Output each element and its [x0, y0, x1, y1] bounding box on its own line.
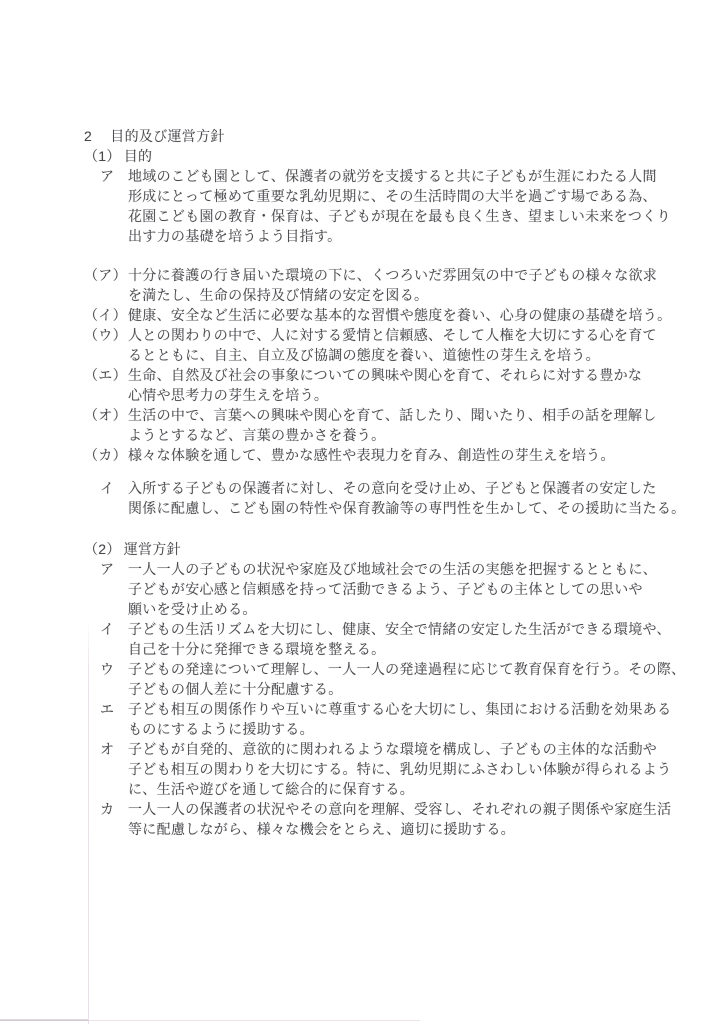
policy-item-list: ア 一人一人の子どもの状況や家庭及び地域社会での生活の実態を把握するとともに、 …	[84, 559, 714, 839]
item-text: 子ども相互の関係作りや互いに尊重する心を大切にし、集団における活動を効果ある も…	[128, 699, 710, 739]
goal-item: （オ） 生活の中で、言葉への興味や関心を育て、話したり、聞いたり、相手の話を理解…	[84, 405, 714, 445]
item-marker: ウ	[100, 659, 128, 679]
section-purpose-title: （1）目的	[84, 146, 714, 166]
goal-item: （イ） 健康、安全など生活に必要な基本的な習慣や態度を養い、心身の健康の基礎を培…	[84, 305, 714, 325]
policy-item: イ 子どもの生活リズムを大切にし、健康、安全で情緒の安定した生活ができる環境や、…	[84, 619, 714, 659]
goal-item: （ウ） 人との関わりの中で、人に対する愛情と信頼感、そして人権を大切にする心を育…	[84, 325, 714, 365]
scanned-document-page: 2 目的及び運営方針 （1）目的 ア 地域のこども園として、保護者の就労を支援す…	[0, 0, 725, 1024]
item-marker: （エ）	[84, 365, 128, 385]
goal-item: （ア） 十分に養護の行き届いた環境の下に、くつろいだ雰囲気の中で子どもの様々な欲…	[84, 265, 714, 305]
item-text: 子どもが自発的、意欲的に関われるような環境を構成し、子どもの主体的な活動や 子ど…	[128, 739, 710, 799]
item-text: 地域のこども園として、保護者の就労を支援すると共に子どもが生涯にわたる人間 形成…	[128, 166, 710, 246]
item-text: 一人一人の子どもの状況や家庭及び地域社会での生活の実態を把握するとともに、 子ど…	[128, 559, 710, 619]
item-marker: ア	[100, 559, 128, 579]
scan-crease-vertical	[88, 620, 89, 1024]
purpose-item-i: イ 入所する子どもの保護者に対し、その意向を受け止め、子どもと保護者の安定した …	[84, 478, 714, 518]
item-text: 子どもの生活リズムを大切にし、健康、安全で情緒の安定した生活ができる環境や、 自…	[128, 619, 710, 659]
policy-item: エ 子ども相互の関係作りや互いに尊重する心を大切にし、集団における活動を効果ある…	[84, 699, 714, 739]
goal-item: （カ） 様々な体験を通して、豊かな感性や表現力を育み、創造性の芽生えを培う。	[84, 445, 714, 465]
item-text: 健康、安全など生活に必要な基本的な習慣や態度を養い、心身の健康の基礎を培う。	[128, 305, 710, 325]
item-marker: （オ）	[84, 405, 128, 425]
section-purpose-label: （1）	[84, 148, 121, 164]
item-text: 一人一人の保護者の状況やその意向を理解、受容し、それぞれの親子関係や家庭生活 等…	[128, 799, 710, 839]
item-text: 生命、自然及び社会の事象についての興味や関心を育て、それらに対する豊かな 心情や…	[128, 365, 710, 405]
document-body: 2 目的及び運営方針 （1）目的 ア 地域のこども園として、保護者の就労を支援す…	[84, 126, 714, 839]
item-text: 子どもの発達について理解し、一人一人の発達過程に応じて教育保育を行う。その際、 …	[128, 659, 710, 699]
item-marker: カ	[100, 799, 128, 819]
item-text: 入所する子どもの保護者に対し、その意向を受け止め、子どもと保護者の安定した 関係…	[128, 478, 710, 518]
heading-title: 目的及び運営方針	[110, 126, 224, 146]
item-marker: オ	[100, 739, 128, 759]
purpose-goal-list: （ア） 十分に養護の行き届いた環境の下に、くつろいだ雰囲気の中で子どもの様々な欲…	[84, 265, 714, 465]
document-heading: 2 目的及び運営方針	[84, 126, 714, 146]
section-policy-label: （2）	[84, 541, 121, 557]
policy-item: ア 一人一人の子どもの状況や家庭及び地域社会での生活の実態を把握するとともに、 …	[84, 559, 714, 619]
item-text: 様々な体験を通して、豊かな感性や表現力を育み、創造性の芽生えを培う。	[128, 445, 710, 465]
item-marker: エ	[100, 699, 128, 719]
section-policy-title: （2）運営方針	[84, 539, 714, 559]
item-marker: （イ）	[84, 305, 128, 325]
goal-item: （エ） 生命、自然及び社会の事象についての興味や関心を育て、それらに対する豊かな…	[84, 365, 714, 405]
item-marker: （ア）	[84, 265, 128, 285]
policy-item: カ 一人一人の保護者の状況やその意向を理解、受容し、それぞれの親子関係や家庭生活…	[84, 799, 714, 839]
item-marker: イ	[100, 619, 128, 639]
item-marker: （ウ）	[84, 325, 128, 345]
item-marker: イ	[100, 478, 128, 498]
item-text: 十分に養護の行き届いた環境の下に、くつろいだ雰囲気の中で子どもの様々な欲求 を満…	[128, 265, 710, 305]
item-text: 人との関わりの中で、人に対する愛情と信頼感、そして人権を大切にする心を育て ると…	[128, 325, 710, 365]
policy-item: ウ 子どもの発達について理解し、一人一人の発達過程に応じて教育保育を行う。その際…	[84, 659, 714, 699]
item-marker: ア	[100, 166, 128, 186]
purpose-item-a: ア 地域のこども園として、保護者の就労を支援すると共に子どもが生涯にわたる人間 …	[84, 166, 714, 246]
scan-crease-corner	[0, 1019, 88, 1021]
section-policy-name: 運営方針	[124, 541, 181, 557]
item-text: 生活の中で、言葉への興味や関心を育て、話したり、聞いたり、相手の話を理解し よう…	[128, 405, 710, 445]
item-marker: （カ）	[84, 445, 128, 465]
heading-number: 2	[84, 126, 92, 146]
section-purpose-name: 目的	[124, 148, 153, 164]
policy-item: オ 子どもが自発的、意欲的に関われるような環境を構成し、子どもの主体的な活動や …	[84, 739, 714, 799]
